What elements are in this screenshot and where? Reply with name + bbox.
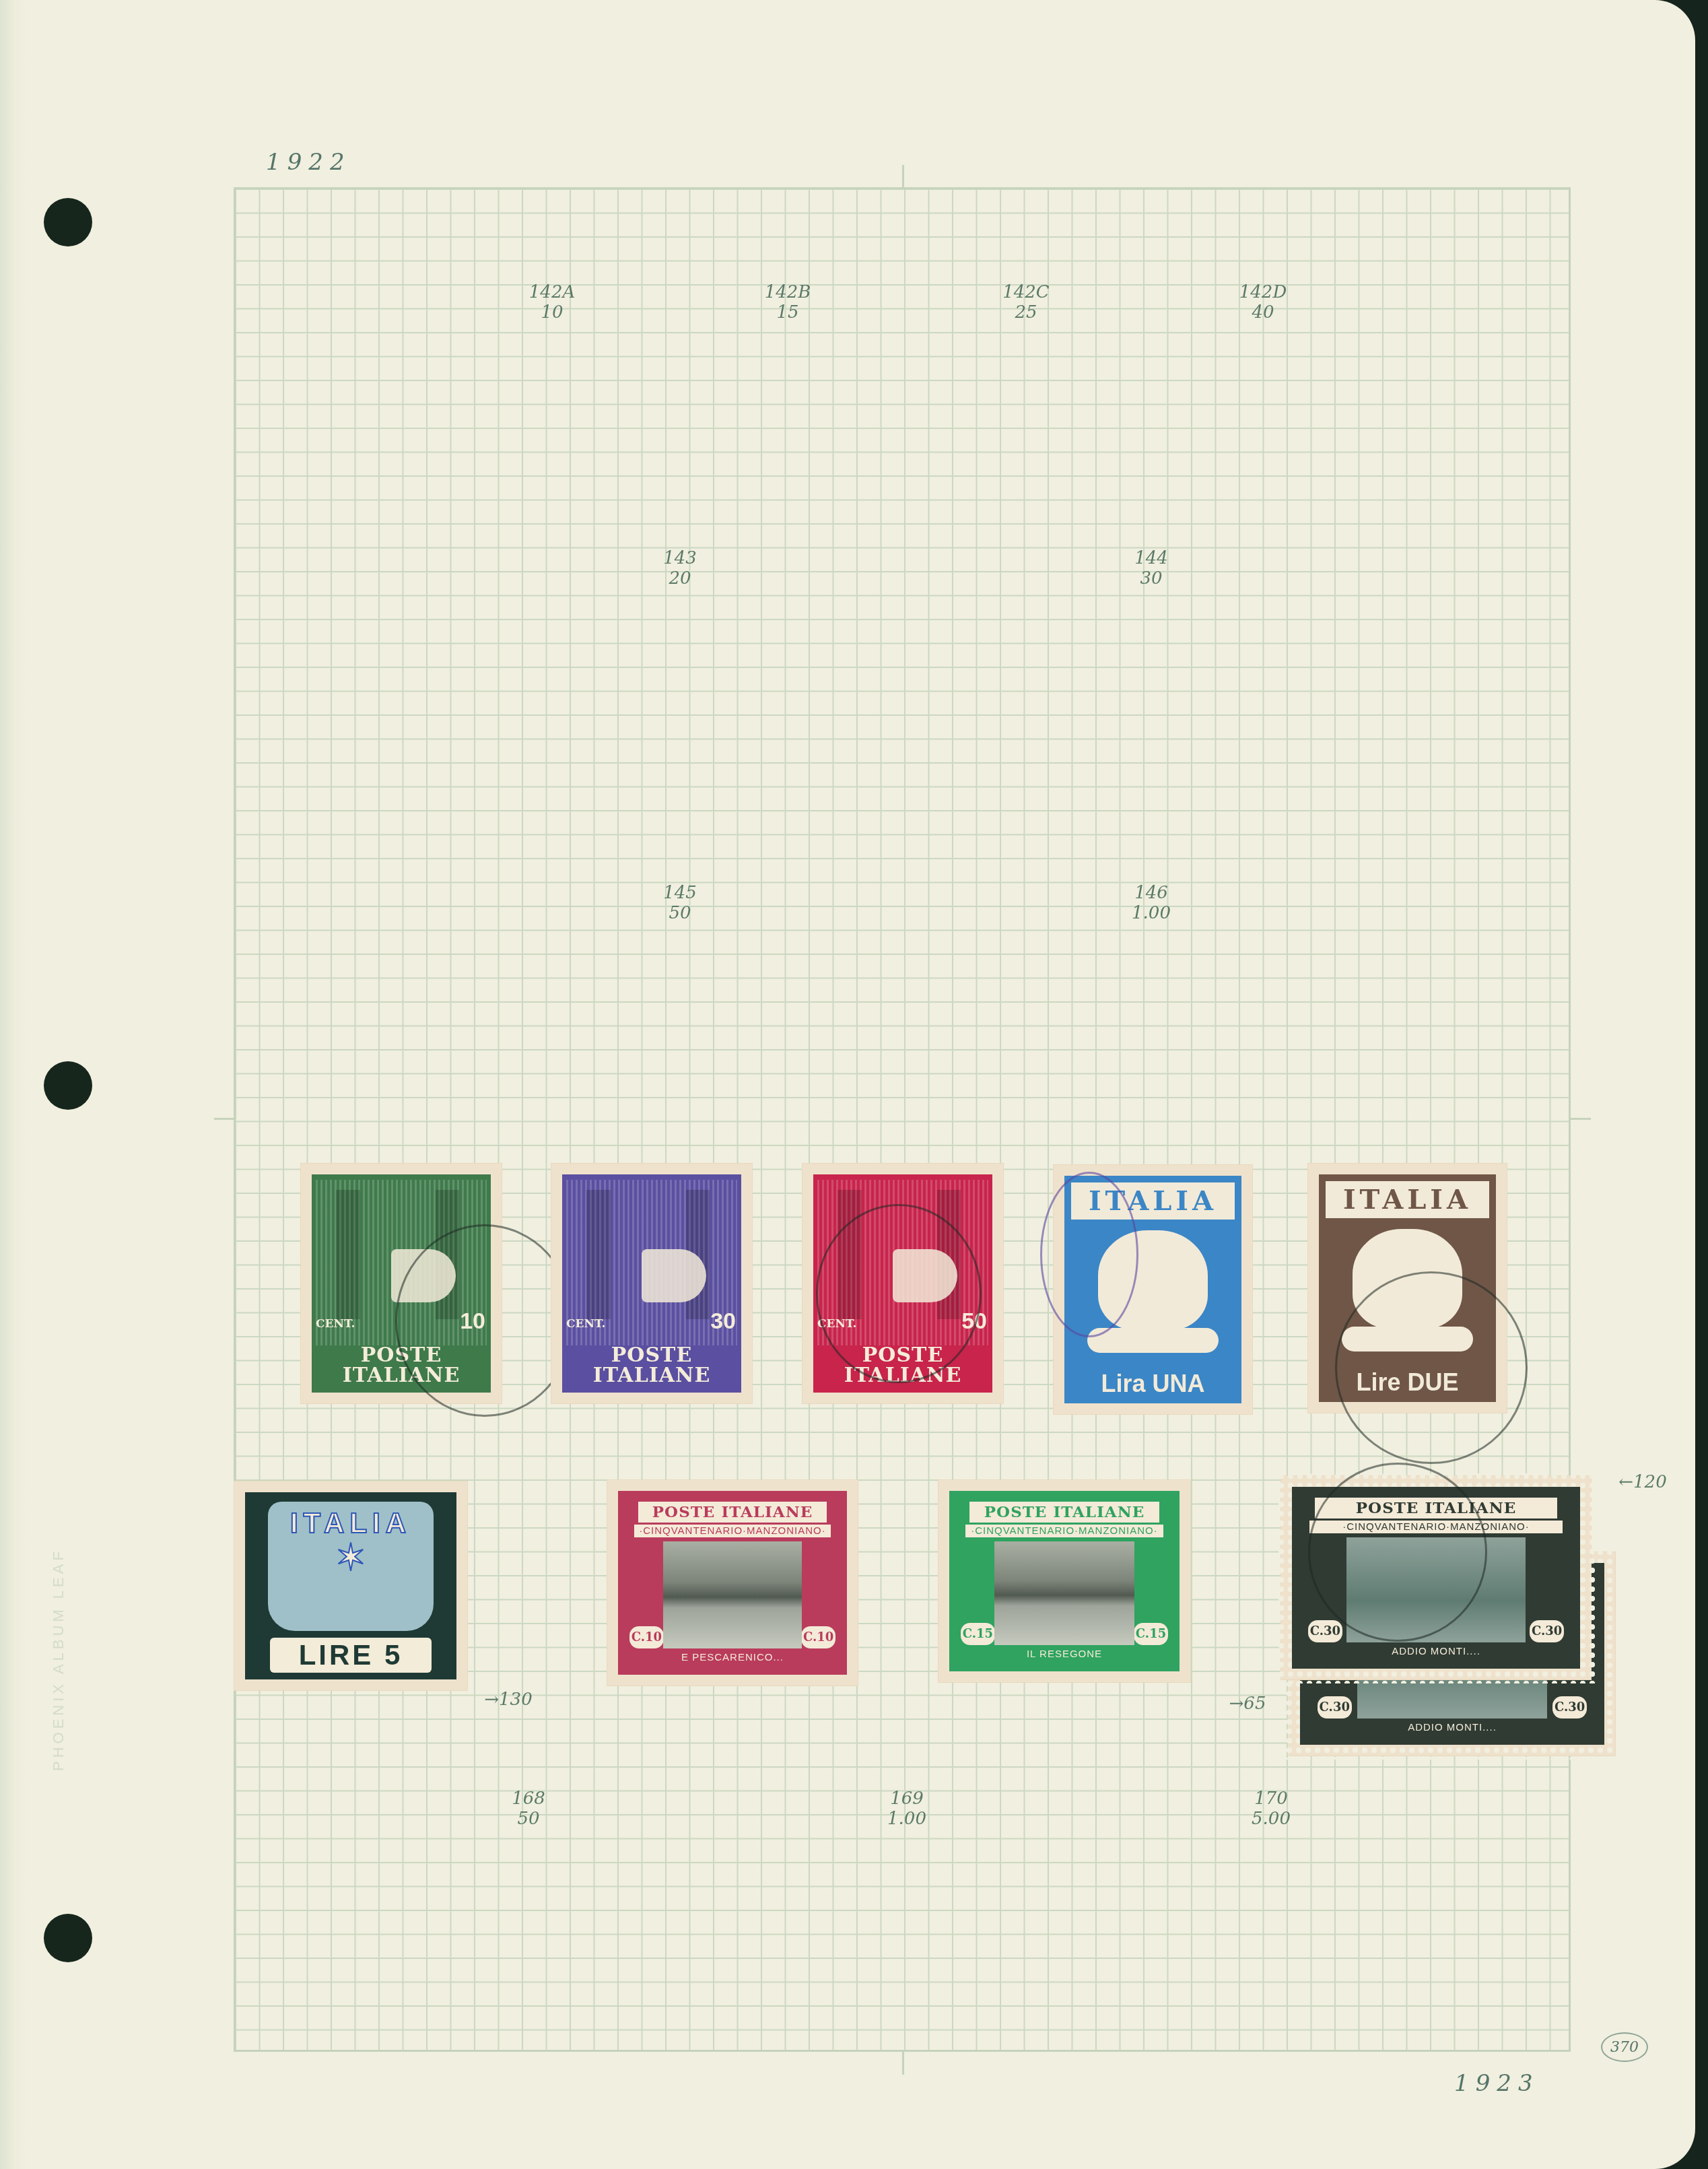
stamp-eagle-2-lire[interactable]: ITALIA Lire DUE — [1308, 1164, 1507, 1413]
catalog-note: 1461.00 — [1132, 883, 1171, 924]
center-tick-top — [902, 165, 904, 189]
stamp-fasces-50c[interactable]: CENT. 50 POSTEITALIANE — [802, 1164, 1003, 1403]
binder-hole-top — [44, 198, 92, 246]
price-note-c15: →65 — [1229, 1694, 1266, 1714]
year-footer: 1923 — [1454, 2071, 1540, 2097]
binder-hole-bottom — [44, 1914, 92, 1962]
catalog-note: 1691.00 — [887, 1789, 926, 1830]
brand-imprint: PHOENIX ALBUM LEAF — [50, 1548, 67, 1771]
center-tick-bottom — [902, 2051, 904, 2075]
album-page: PHOENIX ALBUM LEAF 1922 1923 370 142A10 … — [0, 0, 1695, 2169]
catalog-note: 142C25 — [1002, 283, 1050, 323]
catalog-note: 1705.00 — [1252, 1789, 1291, 1830]
center-tick-left — [214, 1118, 234, 1120]
catalog-note: 142A10 — [529, 283, 575, 323]
catalog-note: 14550 — [663, 883, 697, 924]
year-header: 1922 — [266, 149, 351, 176]
catalog-note: 142D40 — [1239, 283, 1287, 323]
binder-hole-middle — [44, 1061, 92, 1110]
stamp-manzoni-c10[interactable]: POSTE ITALIANE ·CINQVANTENARIO·MANZONIAN… — [607, 1480, 858, 1686]
catalog-note: 14430 — [1134, 549, 1168, 589]
price-note-lire5: →130 — [484, 1690, 532, 1710]
stamp-fasces-10c[interactable]: CENT. 10 POSTEITALIANE — [301, 1164, 502, 1403]
landscape-vignette — [663, 1541, 802, 1648]
stamp-eagle-1-lira[interactable]: ITALIA Lira UNA — [1054, 1165, 1252, 1414]
landscape-vignette — [994, 1541, 1134, 1645]
eagle-fasces-emblem — [1087, 1225, 1218, 1364]
stamp-italia-lire-5[interactable]: ITALIA ✶ LIRE 5 — [234, 1481, 467, 1690]
catalog-note: 16850 — [512, 1789, 545, 1830]
center-tick-right — [1571, 1118, 1591, 1120]
eagle-fasces-emblem — [1342, 1224, 1472, 1363]
stamp-manzoni-c30[interactable]: POSTE ITALIANE ·CINQVANTENARIO·MANZONIAN… — [1281, 1476, 1591, 1679]
boat-vignette — [1346, 1537, 1526, 1642]
stamp-manzoni-c15[interactable]: POSTE ITALIANE ·CINQVANTENARIO·MANZONIAN… — [938, 1480, 1190, 1682]
price-note-c30: ←120 — [1618, 1473, 1666, 1493]
catalog-note: 142B15 — [765, 283, 811, 323]
quadrille-grid — [234, 187, 1571, 2052]
page-number: 370 — [1601, 2032, 1648, 2062]
catalog-note: 14320 — [663, 549, 697, 589]
star-icon: ✶ — [335, 1539, 367, 1577]
stamp-fasces-30c[interactable]: CENT. 30 POSTEITALIANE — [551, 1164, 752, 1403]
